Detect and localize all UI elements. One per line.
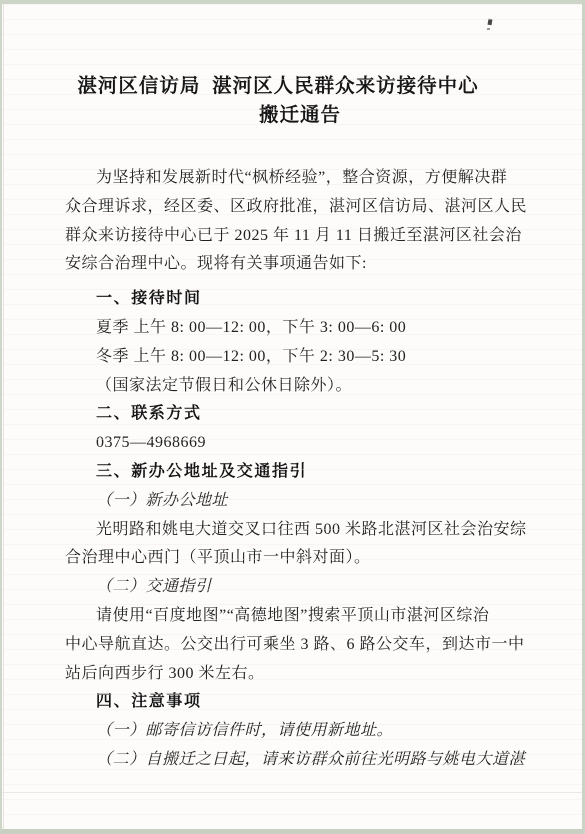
summer-hours-line: 夏季 上午 8: 00—12: 00，下午 3: 00—6: 00 [65, 314, 523, 343]
intro-line: 众合理诉求，经区委、区政府批准，湛河区信访局、湛河区人民 [65, 193, 523, 222]
note-2-line: （二）自搬迁之日起，请来访群众前往光明路与姚电大道湛 [65, 746, 523, 775]
notice-title: 湛河区信访局 湛河区人民群众来访接待中心 搬迁通告 [65, 72, 523, 130]
section-1-heading: 一、接待时间 [65, 285, 523, 314]
subsection-3-1-heading: （一）新办公地址 [65, 487, 523, 516]
section-3-heading: 三、新办公地址及交通指引 [65, 458, 523, 487]
notice-body: 为坚持和发展新时代“枫桥经验”，整合资源，方便解决群 众合理诉求，经区委、区政府… [65, 164, 523, 775]
scanned-notice-page: 湛河区信访局 湛河区人民群众来访接待中心 搬迁通告 为坚持和发展新时代“枫桥经验… [0, 0, 585, 834]
section-4-heading: 四、注意事项 [65, 688, 523, 717]
subsection-3-2-heading: （二）交通指引 [65, 573, 523, 602]
address-line: 合治理中心西门（平顶山市一中斜对面）。 [65, 544, 523, 573]
scan-speck-icon [487, 28, 490, 30]
transit-line: 请使用“百度地图”“高德地图”搜索平顶山市湛河区综治 [65, 602, 523, 631]
transit-line: 站后向西步行 300 米左右。 [65, 660, 523, 689]
notice-content: 湛河区信访局 湛河区人民群众来访接待中心 搬迁通告 为坚持和发展新时代“枫桥经验… [65, 72, 523, 775]
address-line: 光明路和姚电大道交叉口往西 500 米路北湛河区社会治安综 [65, 516, 523, 545]
intro-line: 群众来访接待中心已于 2025 年 11 月 11 日搬迁至湛河区社会治 [65, 222, 523, 251]
intro-line: 安综合治理中心。现将有关事项通告如下: [65, 250, 523, 279]
note-1-line: （一）邮寄信访信件时，请使用新地址。 [65, 717, 523, 746]
winter-hours-line: 冬季 上午 8: 00—12: 00，下午 2: 30—5: 30 [65, 343, 523, 372]
notice-title-organizations: 湛河区信访局 湛河区人民群众来访接待中心 [49, 72, 507, 101]
phone-number-line: 0375—4968669 [65, 429, 523, 458]
scan-artifact-line [2, 792, 582, 793]
notice-title-subject: 搬迁通告 [71, 101, 529, 130]
section-2-heading: 二、联系方式 [65, 400, 523, 429]
scan-speck-icon [488, 19, 493, 26]
intro-line: 为坚持和发展新时代“枫桥经验”，整合资源，方便解决群 [65, 164, 523, 193]
transit-line: 中心导航直达。公交出行可乘坐 3 路、6 路公交车，到达市一中 [65, 631, 523, 660]
holiday-note-line: （国家法定节假日和公休日除外）。 [65, 372, 523, 401]
